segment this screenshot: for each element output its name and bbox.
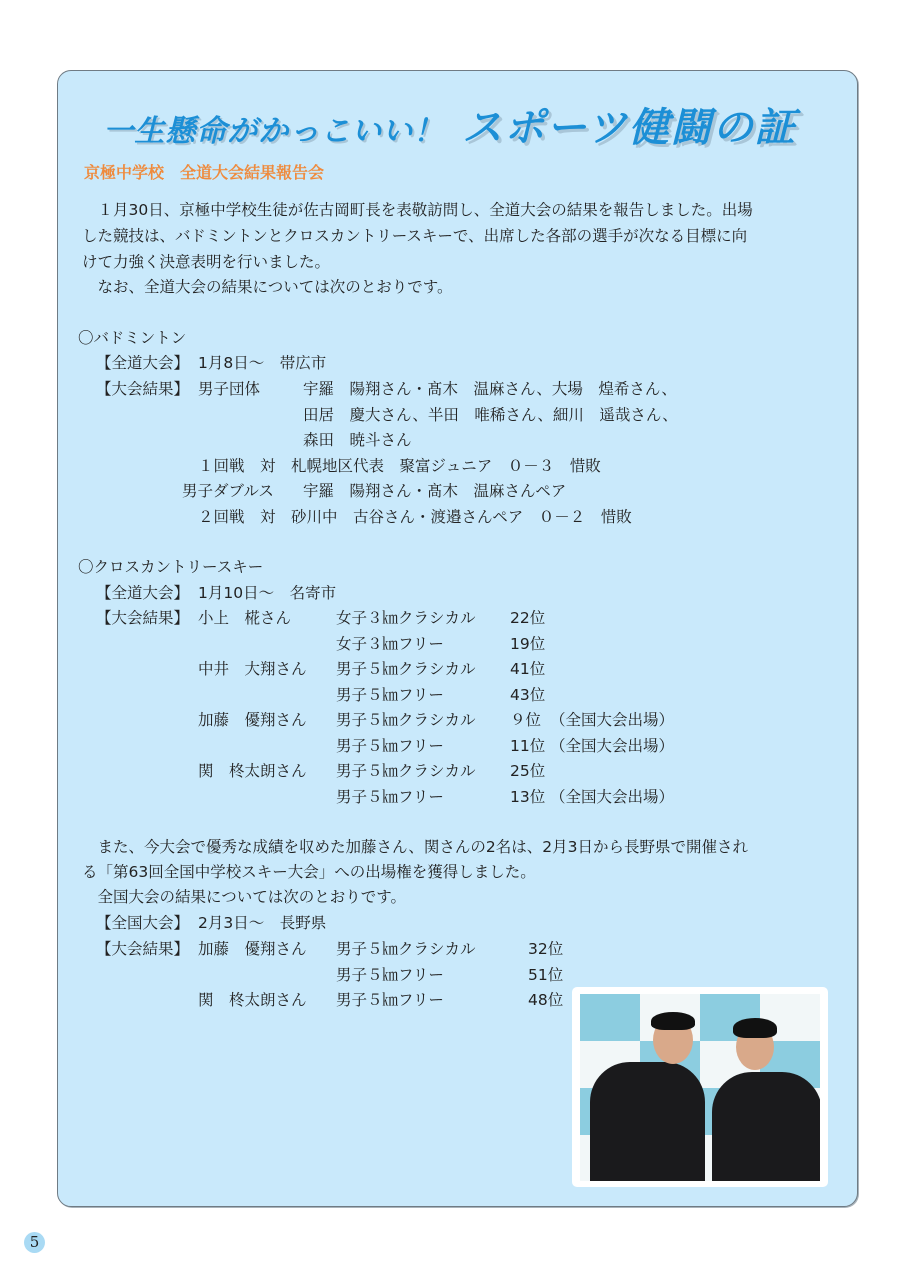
ski-result-name: 関 柊太朗さん [198, 761, 307, 781]
national-result-event: 男子５㎞クラシカル [336, 939, 476, 959]
ski-tournament-label: 【全道大会】 [96, 583, 189, 603]
national-result-name: 関 柊太朗さん [198, 990, 307, 1010]
national-result-rank: 48位 [528, 990, 563, 1010]
ski-result-event: 女子３㎞フリー [336, 634, 444, 654]
ski-result-event: 男子５㎞フリー [336, 685, 444, 705]
national-text-line: また、今大会で優秀な成績を収めた加藤さん、関さんの2名は、2月3日から長野県で開… [82, 837, 748, 857]
national-result-rank: 51位 [528, 965, 563, 985]
national-result-event: 男子５㎞フリー [336, 990, 444, 1010]
ski-result-rank: 13位 [510, 787, 545, 807]
ski-result-note: （全国大会出場） [550, 787, 674, 807]
badminton-results-label: 【大会結果】 [96, 379, 189, 399]
ski-result-event: 女子３㎞クラシカル [336, 608, 476, 628]
ski-result-note: （全国大会出場） [550, 736, 674, 756]
ski-result-name: 中井 大翔さん [198, 659, 307, 679]
badminton-doubles-match: ２回戦 対 砂川中 古谷さん・渡邉さんペア ０－２ 惜敗 [198, 507, 632, 527]
ski-result-event: 男子５㎞クラシカル [336, 659, 476, 679]
ski-heading: 〇クロスカントリースキー [78, 557, 263, 577]
ski-result-rank: 22位 [510, 608, 545, 628]
page-number: 5 [24, 1232, 45, 1253]
badminton-team-members: 宇羅 陽翔さん・髙木 温麻さん、大場 煌希さん、 [303, 379, 677, 399]
ski-result-note: （全国大会出場） [550, 710, 674, 730]
page-title: 一生懸命がかっこいい！スポーツ健闘の証 [0, 96, 900, 153]
badminton-team-members: 田居 慶大さん、半田 唯稀さん、細川 遥哉さん、 [303, 405, 678, 425]
title-part1: 一生懸命がかっこいい！ [103, 114, 444, 149]
ski-result-event: 男子５㎞クラシカル [336, 761, 476, 781]
ski-result-rank: 41位 [510, 659, 545, 679]
intro-line: した競技は、バドミントンとクロスカントリースキーで、出席した各部の選手が次なる目… [82, 226, 747, 246]
ski-result-name: 小上 椛さん [198, 608, 291, 628]
title-part2: スポーツ健闘の証 [462, 105, 796, 151]
national-tournament-label: 【全国大会】 [96, 913, 189, 933]
national-tournament-value: 2月3日～ 長野県 [198, 913, 326, 933]
national-result-rank: 32位 [528, 939, 563, 959]
article-subtitle: 京極中学校 全道大会結果報告会 [84, 160, 324, 183]
ski-result-rank: 11位 [510, 736, 545, 756]
ski-result-rank: ９位 [510, 710, 541, 730]
students-photo [580, 994, 820, 1181]
ski-result-name: 加藤 優翔さん [198, 710, 307, 730]
badminton-heading: 〇バドミントン [78, 328, 186, 348]
intro-line: １月30日、京極中学校生徒が佐古岡町長を表敬訪問し、全道大会の結果を報告しました… [82, 200, 753, 220]
national-text-line: る「第63回全国中学校スキー大会」への出場権を獲得しました。 [82, 862, 536, 882]
national-text-line: 全国大会の結果については次のとおりです。 [82, 887, 406, 907]
national-result-event: 男子５㎞フリー [336, 965, 444, 985]
badminton-team-match: １回戦 対 札幌地区代表 聚富ジュニア ０－３ 惜敗 [198, 456, 601, 476]
national-results-label: 【大会結果】 [96, 939, 189, 959]
ski-result-rank: 19位 [510, 634, 545, 654]
ski-result-event: 男子５㎞クラシカル [336, 710, 476, 730]
photo-frame [572, 987, 828, 1187]
badminton-doubles-label: 男子ダブルス [182, 481, 274, 501]
ski-result-event: 男子５㎞フリー [336, 787, 444, 807]
intro-line: けて力強く決意表明を行いました。 [82, 252, 330, 272]
intro-line: なお、全道大会の結果については次のとおりです。 [82, 277, 452, 297]
badminton-team-members: 森田 暁斗さん [303, 430, 412, 450]
badminton-doubles-members: 宇羅 陽翔さん・髙木 温麻さんペア [303, 481, 566, 501]
ski-result-rank: 25位 [510, 761, 545, 781]
national-result-name: 加藤 優翔さん [198, 939, 307, 959]
ski-tournament-value: 1月10日～ 名寄市 [198, 583, 336, 603]
ski-result-event: 男子５㎞フリー [336, 736, 444, 756]
badminton-tournament-label: 【全道大会】 [96, 353, 189, 373]
badminton-team-label: 男子団体 [198, 379, 260, 399]
ski-result-rank: 43位 [510, 685, 545, 705]
ski-results-label: 【大会結果】 [96, 608, 189, 628]
badminton-tournament-value: 1月8日～ 帯広市 [198, 353, 326, 373]
